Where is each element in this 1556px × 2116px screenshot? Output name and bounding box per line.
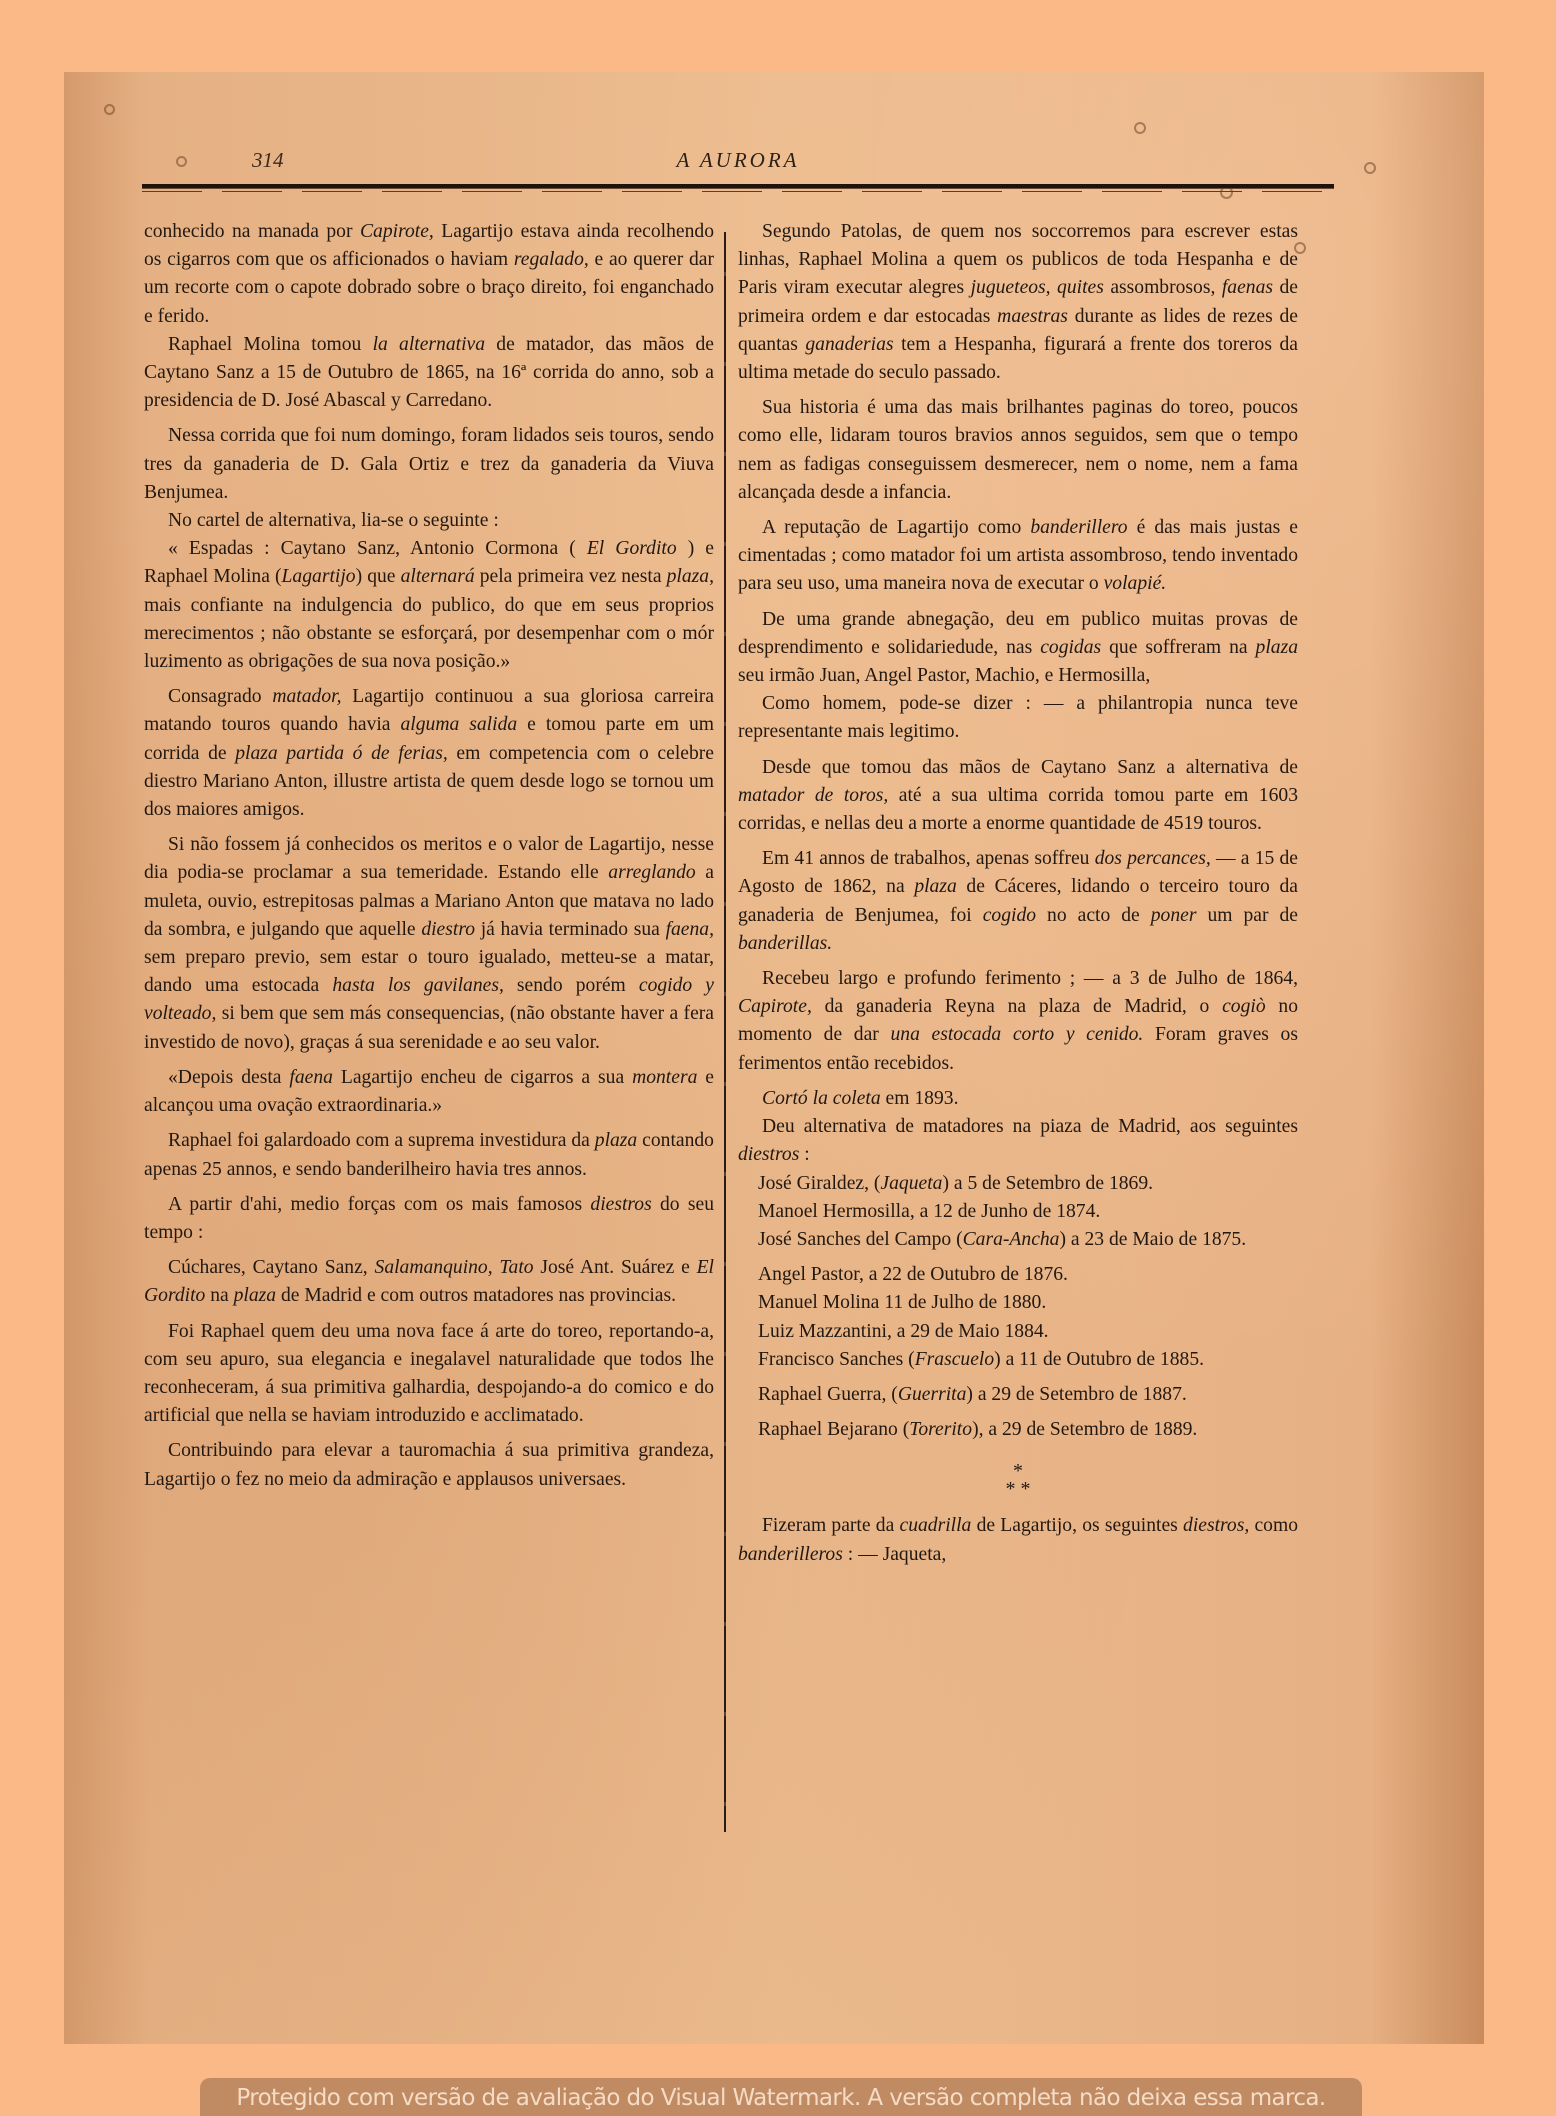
text-run: José Sanches del Campo (: [758, 1229, 963, 1250]
text-run: Raphael foi galardoado com a suprema inv…: [168, 1130, 595, 1151]
text-run: ) a 23 de Maio de 1875.: [1059, 1229, 1246, 1250]
paragraph: A partir d'ahi, medio forças com os mais…: [144, 1191, 714, 1247]
italic-term: diestros: [590, 1194, 651, 1215]
text-run: Angel Pastor, a 22 de Outubro de 1876.: [758, 1264, 1068, 1285]
paper-spot: [1134, 122, 1146, 134]
list-item: José Sanches del Campo (Cara-Ancha) a 23…: [738, 1226, 1298, 1254]
paragraph: Em 41 annos de trabalhos, apenas soffreu…: [738, 845, 1298, 958]
text-run: No cartel de alternativa, lia-se o segui…: [168, 510, 499, 531]
italic-term: alternará: [401, 566, 475, 587]
italic-term: plaza,: [667, 566, 714, 587]
italic-term: jugueteos, quites: [971, 277, 1104, 298]
list-item: Luiz Mazzantini, a 29 de Maio 1884.: [738, 1318, 1298, 1346]
text-run: seu irmão Juan, Angel Pastor, Machio, e …: [738, 665, 1150, 686]
list-item: Manuel Molina 11 de Julho de 1880.: [738, 1289, 1298, 1317]
list-item: Manoel Hermosilla, a 12 de Junho de 1874…: [738, 1198, 1298, 1226]
paragraph: Nessa corrida que foi num domingo, foram…: [144, 422, 714, 507]
paragraph: Consagrado matador, Lagartijo continuou …: [144, 683, 714, 824]
paragraph: Desde que tomou das mãos de Caytano Sanz…: [738, 754, 1298, 839]
text-run: ) que: [356, 566, 401, 587]
italic-term: arreglando: [608, 862, 695, 883]
italic-term: cogidas: [1040, 637, 1101, 658]
italic-term: plaza: [1256, 637, 1298, 658]
text-run: Francisco Sanches (: [758, 1349, 915, 1370]
text-run: Lagartijo encheu de cigarros a sua: [333, 1067, 632, 1088]
text-run: já havia terminado sua: [475, 919, 666, 940]
italic-term: plaza: [595, 1130, 637, 1151]
italic-term: alguma salida: [401, 714, 518, 735]
paragraph: Deu alternativa de matadores na piaza de…: [738, 1113, 1298, 1169]
text-run: « Espadas : Caytano Sanz, Antonio Cormon…: [168, 538, 587, 559]
text-run: de Madrid e com outros matadores nas pro…: [276, 1285, 676, 1306]
text-run: ) a 29 de Setembro de 1887.: [966, 1384, 1186, 1405]
text-run: Consagrado: [168, 686, 272, 707]
text-run: si bem que sem más consequencias, (não o…: [144, 1003, 714, 1052]
italic-term: faenas: [1222, 277, 1273, 298]
paragraph: Si não fossem já conhecidos os meritos e…: [144, 831, 714, 1057]
italic-term: la alternativa: [373, 334, 485, 355]
italic-term: poner: [1151, 905, 1197, 926]
text-run: Raphael Guerra, (: [758, 1384, 898, 1405]
italic-term: regalado,: [514, 249, 589, 270]
text-run: sendo porém: [504, 975, 639, 996]
italic-term: cuadrilla: [900, 1515, 972, 1536]
text-run: Cúchares, Caytano Sanz,: [168, 1257, 375, 1278]
paragraph: Como homem, pode-se dizer : — a philantr…: [738, 690, 1298, 746]
text-run: Foi Raphael quem deu uma nova face á art…: [144, 1321, 714, 1427]
text-run: Raphael Bejarano (: [758, 1419, 909, 1440]
italic-term: cogido: [983, 905, 1036, 926]
text-run: conhecido na manada por: [144, 221, 360, 242]
italic-term: plaza: [234, 1285, 276, 1306]
text-run: na: [205, 1285, 233, 1306]
text-run: José Ant. Suárez e: [534, 1257, 697, 1278]
italic-term: Lagartijo: [282, 566, 356, 587]
italic-term: plaza: [914, 876, 956, 897]
text-run: como: [1249, 1515, 1298, 1536]
italic-term: Torerito: [909, 1419, 972, 1440]
text-run: A reputação de Lagartijo como: [762, 517, 1030, 538]
italic-term: Capirote,: [738, 996, 812, 1017]
italic-term: dos percances,: [1095, 848, 1211, 869]
text-run: mais confiante na indulgencia do publico…: [144, 595, 714, 672]
list-item: José Giraldez, (Jaqueta) a 5 de Setembro…: [738, 1170, 1298, 1198]
italic-term: banderillas.: [738, 933, 832, 954]
text-run: assombrosos,: [1104, 277, 1222, 298]
text-run: Recebeu largo e profundo ferimento ; — a…: [762, 968, 1298, 989]
list-item: Francisco Sanches (Frascuelo) a 11 de Ou…: [738, 1346, 1298, 1374]
italic-term: Frascuelo: [915, 1349, 994, 1370]
italic-term: hasta los gavilanes,: [332, 975, 504, 996]
italic-term: matador,: [272, 686, 341, 707]
text-run: Contribuindo para elevar a tauromachia á…: [144, 1440, 714, 1489]
text-run: um par de: [1196, 905, 1298, 926]
text-run: Luiz Mazzantini, a 29 de Maio 1884.: [758, 1321, 1049, 1342]
italic-term: Capirote,: [360, 221, 434, 242]
text-run: de Lagartijo, os seguintes: [971, 1515, 1183, 1536]
italic-term: banderilleros: [738, 1544, 843, 1565]
paragraph: Segundo Patolas, de quem nos soccorremos…: [738, 218, 1298, 387]
right-column: Segundo Patolas, de quem nos soccorremos…: [738, 218, 1298, 1569]
text-run: pela primeira vez nesta: [475, 566, 667, 587]
text-run: Como homem, pode-se dizer : — a philantr…: [738, 693, 1298, 742]
italic-term: Jaqueta: [880, 1173, 942, 1194]
italic-term: El Gordito: [587, 538, 677, 559]
list-item: Raphael Guerra, (Guerrita) a 29 de Setem…: [738, 1381, 1298, 1409]
text-run: que soffreram na: [1101, 637, 1255, 658]
text-run: A partir d'ahi, medio forças com os mais…: [168, 1194, 590, 1215]
paragraph: No cartel de alternativa, lia-se o segui…: [144, 507, 714, 535]
italic-term: montera: [632, 1067, 697, 1088]
text-run: da ganaderia Reyna na plaza de Madrid, o: [812, 996, 1222, 1017]
paper-spot: [1364, 162, 1376, 174]
column-divider: [724, 232, 726, 1832]
italic-term: maestras: [997, 306, 1068, 327]
text-run: :: [799, 1144, 809, 1165]
text-run: Raphael Molina tomou: [168, 334, 373, 355]
text-run: Nessa corrida que foi num domingo, foram…: [144, 425, 714, 502]
list-item: Raphael Bejarano (Torerito), a 29 de Set…: [738, 1416, 1298, 1444]
italic-term: ganaderias: [805, 334, 893, 355]
paragraph: Contribuindo para elevar a tauromachia á…: [144, 1437, 714, 1493]
text-run: no acto de: [1036, 905, 1151, 926]
italic-term: Salamanquino, Tato: [375, 1257, 534, 1278]
italic-term: volapié.: [1104, 573, 1167, 594]
paragraph: conhecido na manada por Capirote, Lagart…: [144, 218, 714, 331]
text-run: ) a 11 de Outubro de 1885.: [994, 1349, 1204, 1370]
text-run: em 1893.: [881, 1088, 959, 1109]
paragraph: Cortó la coleta em 1893.: [738, 1085, 1298, 1113]
text-run: Manoel Hermosilla, a 12 de Junho de 1874…: [758, 1201, 1100, 1222]
paragraph: De uma grande abnegação, deu em publico …: [738, 606, 1298, 691]
italic-term: banderillero: [1030, 517, 1127, 538]
italic-term: Cara-Ancha: [963, 1229, 1060, 1250]
journal-title: A AURORA: [142, 148, 1334, 173]
left-column: conhecido na manada por Capirote, Lagart…: [144, 218, 714, 1494]
paragraph: Cúchares, Caytano Sanz, Salamanquino, Ta…: [144, 1254, 714, 1310]
italic-term: Guerrita: [898, 1384, 967, 1405]
text-run: Deu alternativa de matadores na piaza de…: [762, 1116, 1298, 1137]
text-run: : — Jaqueta,: [843, 1544, 946, 1565]
text-run: ), a 29 de Setembro de 1889.: [972, 1419, 1197, 1440]
italic-term: faena: [289, 1067, 333, 1088]
section-separator-stars: * * *: [738, 1462, 1298, 1498]
italic-term: cogiò: [1222, 996, 1266, 1017]
italic-term: matador de toros,: [738, 785, 888, 806]
paragraph: Fizeram parte da cuadrilla de Lagartijo,…: [738, 1512, 1298, 1568]
header-rule: [142, 184, 1334, 189]
text-run: Em 41 annos de trabalhos, apenas soffreu: [762, 848, 1095, 869]
paper-spot: [104, 104, 115, 115]
paragraph: Foi Raphael quem deu uma nova face á art…: [144, 1318, 714, 1431]
paragraph: « Espadas : Caytano Sanz, Antonio Cormon…: [144, 535, 714, 676]
italic-term: una estocada corto y cenido.: [890, 1024, 1143, 1045]
italic-term: plaza partida ó de ferias,: [235, 743, 448, 764]
paragraph: «Depois desta faena Lagartijo encheu de …: [144, 1064, 714, 1120]
italic-term: diestro: [421, 919, 475, 940]
paragraph: Recebeu largo e profundo ferimento ; — a…: [738, 965, 1298, 1078]
paragraph: Raphael Molina tomou la alternativa de m…: [144, 331, 714, 416]
paragraph: Sua historia é uma das mais brilhantes p…: [738, 394, 1298, 507]
text-run: «Depois desta: [168, 1067, 289, 1088]
text-run: José Giraldez, (: [758, 1173, 880, 1194]
text-run: Manuel Molina 11 de Julho de 1880.: [758, 1292, 1046, 1313]
italic-term: Cortó la coleta: [762, 1088, 881, 1109]
list-item: Angel Pastor, a 22 de Outubro de 1876.: [738, 1261, 1298, 1289]
text-run: Sua historia é uma das mais brilhantes p…: [738, 397, 1298, 503]
paragraph: Raphael foi galardoado com a suprema inv…: [144, 1127, 714, 1183]
italic-term: faena,: [666, 919, 714, 940]
text-run: ) a 5 de Setembro de 1869.: [942, 1173, 1153, 1194]
italic-term: diestros,: [1183, 1515, 1249, 1536]
paragraph: A reputação de Lagartijo como banderille…: [738, 514, 1298, 599]
italic-term: diestros: [738, 1144, 799, 1165]
text-run: Fizeram parte da: [762, 1515, 900, 1536]
text-run: Desde que tomou das mãos de Caytano Sanz…: [762, 757, 1298, 778]
watermark-banner: Protegido com versão de avaliação do Vis…: [200, 2078, 1362, 2116]
